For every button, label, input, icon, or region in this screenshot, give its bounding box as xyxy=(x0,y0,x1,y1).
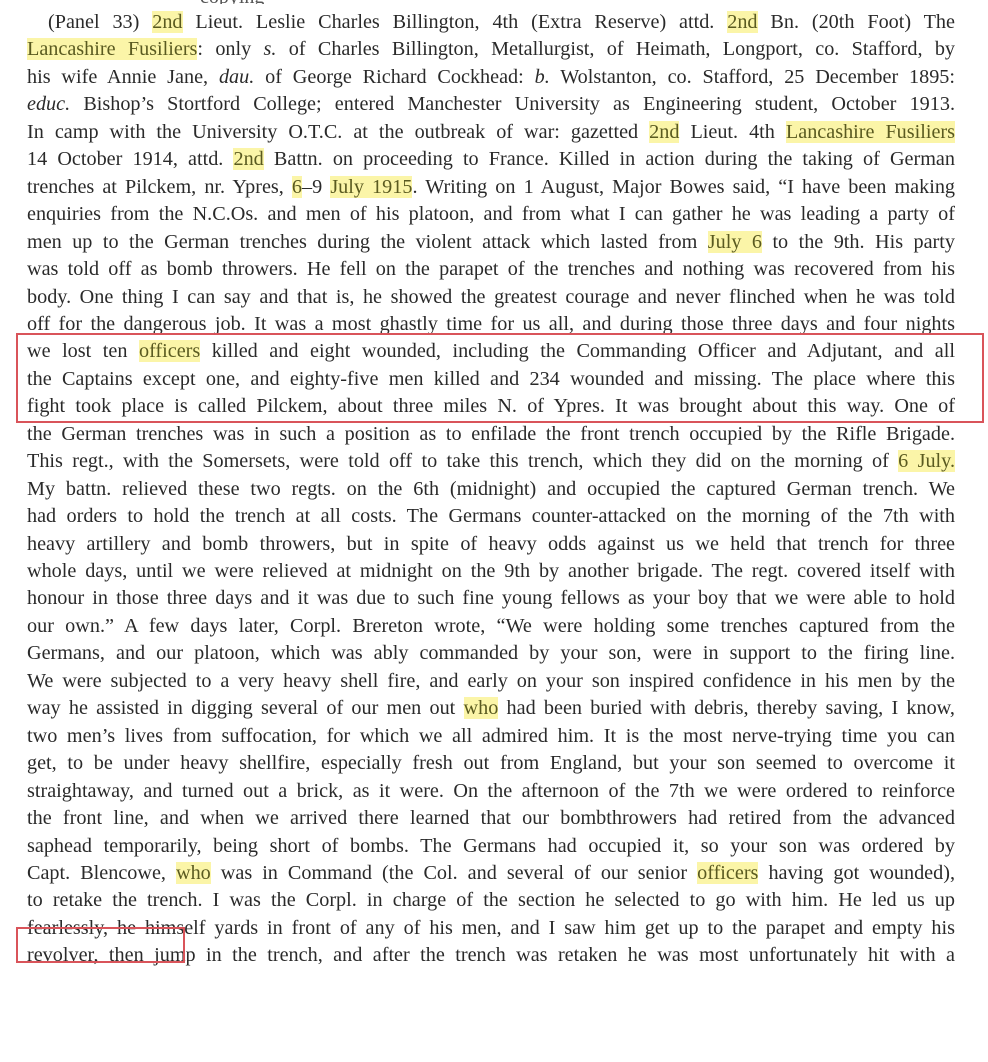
text-run: had been buried with debris, thereby sav… xyxy=(498,697,955,719)
text-line: to retake the trench. I was the Corpl. i… xyxy=(27,887,955,914)
highlighted-term: 2nd xyxy=(233,148,263,170)
text-line: (Panel 33) 2nd Lieut. Leslie Charles Bil… xyxy=(48,9,955,36)
text-run: My battn. relieved these two regts. on t… xyxy=(27,478,955,500)
text-run: was in Command (the Col. and several of … xyxy=(211,862,697,884)
text-run: trenches at Pilckem, nr. Ypres, xyxy=(27,176,292,198)
italic-abbrev: educ. xyxy=(27,93,70,115)
text-line: straightaway, and turned out a brick, as… xyxy=(27,778,955,805)
cutoff-previous-line: copy​ing xyxy=(200,0,800,4)
text-line: We were subjected to a very heavy shell … xyxy=(27,668,955,695)
text-run: of George Richard Cockhead: xyxy=(254,66,534,88)
text-run: In camp with the University O.T.C. at th… xyxy=(27,121,649,143)
text-line: men up to the German trenches during the… xyxy=(27,229,955,256)
text-line: heavy artillery and bomb throwers, but i… xyxy=(27,531,955,558)
text-line: Capt. Blencowe, who was in Command (the … xyxy=(27,860,955,887)
text-run: Lieut. 4th xyxy=(679,121,785,143)
document-page: copy​ing (Panel 33) 2nd Lieut. Leslie Ch… xyxy=(0,0,988,1062)
highlighted-term: 2nd xyxy=(649,121,679,143)
text-line: This regt., with the Somersets, were tol… xyxy=(27,448,955,475)
text-run: Germans, and our platoon, which was ably… xyxy=(27,642,955,664)
text-run: . Writing on 1 August, Major Bowes said,… xyxy=(412,176,955,198)
text-line: 14 October 1914, attd. 2nd Battn. on pro… xyxy=(27,146,955,173)
text-line: body. One thing I can say and that is, h… xyxy=(27,284,955,311)
text-run: our own.” A few days later, Corpl. Brere… xyxy=(27,615,955,637)
text-run: Lieut. Leslie Charles Billington, 4th (E… xyxy=(183,11,728,33)
text-run: whole days, until we were relieved at mi… xyxy=(27,560,955,582)
highlighted-term: July 1915 xyxy=(330,176,412,198)
text-line: enquiries from the N.C.Os. and men of hi… xyxy=(27,201,955,228)
highlighted-term: 2nd xyxy=(152,11,182,33)
text-run: Bishop’s Stortford College; entered Manc… xyxy=(70,93,955,115)
text-line: our own.” A few days later, Corpl. Brere… xyxy=(27,613,955,640)
text-line: saphead temporarily, being short of bomb… xyxy=(27,833,955,860)
highlighted-term: Lancashire Fusiliers xyxy=(786,121,955,143)
text-run: of Charles Billington, Metallurgist, of … xyxy=(276,38,955,60)
text-line: the German trenches was in such a positi… xyxy=(27,421,955,448)
text-run: way he assisted in digging several of ou… xyxy=(27,697,464,719)
text-run: the German trenches was in such a positi… xyxy=(27,423,955,445)
text-line: was told off as bomb throwers. He fell o… xyxy=(27,256,955,283)
text-run: Bn. (20th Foot) The xyxy=(758,11,955,33)
text-run: honour in those three days and it was du… xyxy=(27,587,955,609)
text-run: to retake the trench. I was the Corpl. i… xyxy=(27,889,955,911)
text-run: having got wounded), xyxy=(758,862,955,884)
text-line: Lancashire Fusiliers: only s. of Charles… xyxy=(27,36,955,63)
highlighted-term: 6 xyxy=(292,176,302,198)
highlighted-term: 6 July. xyxy=(898,450,955,472)
text-line: two men’s lives from suffocation, for wh… xyxy=(27,723,955,750)
text-run: enquiries from the N.C.Os. and men of hi… xyxy=(27,203,955,225)
text-run: We were subjected to a very heavy shell … xyxy=(27,670,955,692)
text-line: educ. Bishop’s Stortford College; entere… xyxy=(27,91,955,118)
text-run: had orders to hold the trench at all cos… xyxy=(27,505,955,527)
highlighted-term: 2nd xyxy=(727,11,757,33)
text-run: body. One thing I can say and that is, h… xyxy=(27,286,955,308)
highlighted-term: Lancashire Fusiliers xyxy=(27,38,197,60)
text-line: whole days, until we were relieved at mi… xyxy=(27,558,955,585)
italic-abbrev: b. xyxy=(535,66,550,88)
text-line: My battn. relieved these two regts. on t… xyxy=(27,476,955,503)
text-run: was told off as bomb throwers. He fell o… xyxy=(27,258,955,280)
text-run: heavy artillery and bomb throwers, but i… xyxy=(27,533,955,555)
text-run: saphead temporarily, being short of bomb… xyxy=(27,835,955,857)
text-run: men up to the German trenches during the… xyxy=(27,231,708,253)
text-run: : only xyxy=(197,38,263,60)
text-run: –9 xyxy=(302,176,330,198)
text-line: honour in those three days and it was du… xyxy=(27,585,955,612)
highlighted-term: who xyxy=(464,697,499,719)
text-line: Germans, and our platoon, which was ably… xyxy=(27,640,955,667)
text-line: his wife Annie Jane, dau. of George Rich… xyxy=(27,64,955,91)
capt-blencowe-box xyxy=(16,927,185,963)
text-run: Wolstanton, co. Stafford, 25 December 18… xyxy=(550,66,955,88)
text-run: off for the dangerous job. It was a most… xyxy=(27,313,955,335)
text-run: the front line, and when we arrived ther… xyxy=(27,807,955,829)
highlighted-term: July 6 xyxy=(708,231,762,253)
text-run: two men’s lives from suffocation, for wh… xyxy=(27,725,955,747)
text-line: had orders to hold the trench at all cos… xyxy=(27,503,955,530)
text-line: the front line, and when we arrived ther… xyxy=(27,805,955,832)
text-run: Capt. Blencowe, xyxy=(27,862,176,884)
text-run: 14 October 1914, attd. xyxy=(27,148,233,170)
text-run: to the 9th. His party xyxy=(762,231,955,253)
text-run: his wife Annie Jane, xyxy=(27,66,219,88)
italic-abbrev: dau. xyxy=(219,66,254,88)
text-line: get, to be under heavy shellfire, especi… xyxy=(27,750,955,777)
casualties-passage-box xyxy=(16,333,984,423)
text-line: trenches at Pilckem, nr. Ypres, 6–9 July… xyxy=(27,174,955,201)
text-run: This regt., with the Somersets, were tol… xyxy=(27,450,898,472)
italic-abbrev: s. xyxy=(264,38,277,60)
highlighted-term: who xyxy=(176,862,211,884)
text-run: (Panel 33) xyxy=(48,11,152,33)
text-run: Battn. on proceeding to France. Killed i… xyxy=(264,148,955,170)
text-run: straightaway, and turned out a brick, as… xyxy=(27,780,955,802)
highlighted-term: officers xyxy=(697,862,758,884)
text-line: In camp with the University O.T.C. at th… xyxy=(27,119,955,146)
text-line: way he assisted in digging several of ou… xyxy=(27,695,955,722)
text-run: get, to be under heavy shellfire, especi… xyxy=(27,752,955,774)
